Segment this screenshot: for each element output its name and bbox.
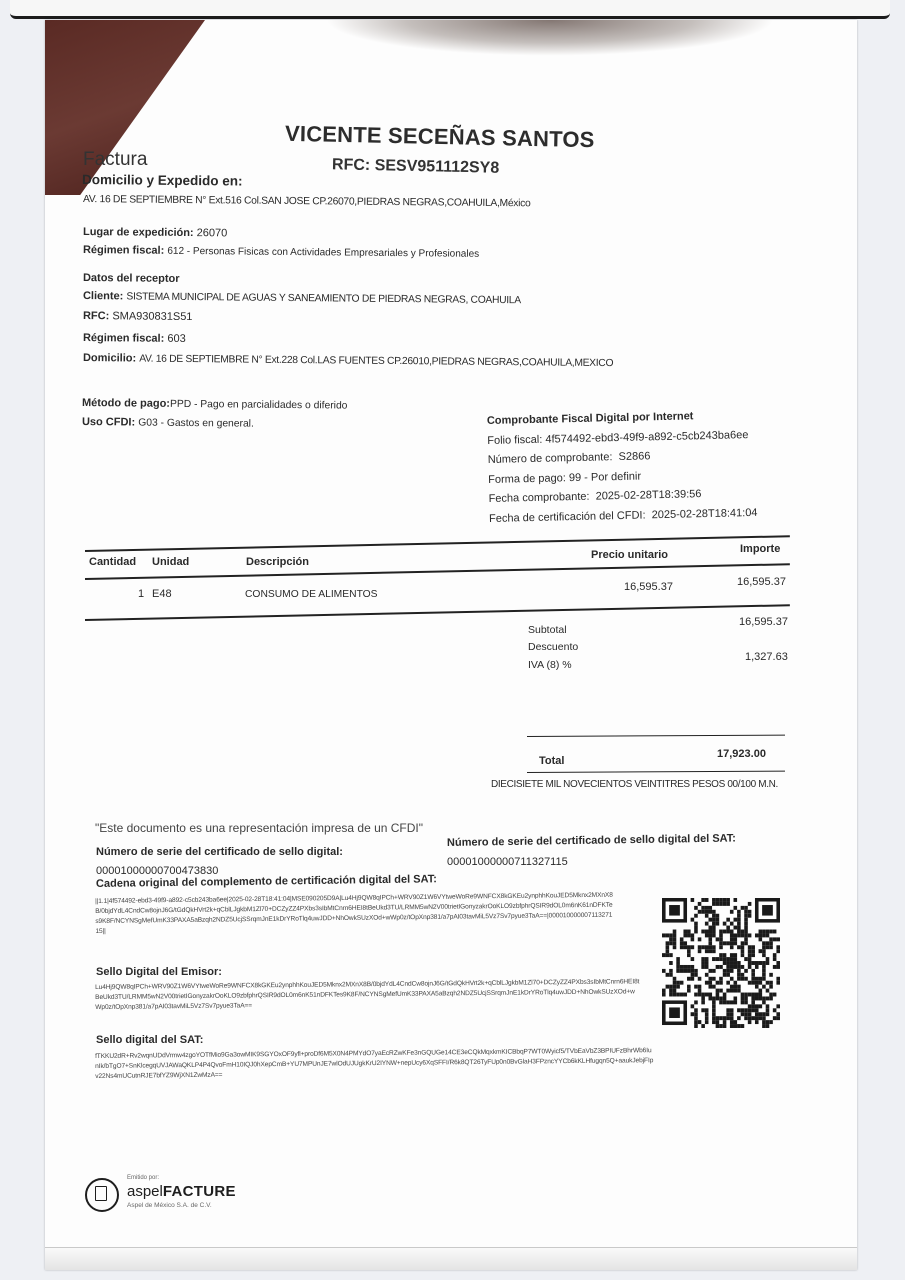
sello-emisor-text: Lu4Hj9QW8qIPCh+WRV90Z1W6VYtweWoRe9WNFCX8…	[95, 977, 640, 1013]
col-importe: Importe	[740, 543, 780, 555]
sello-emisor-label: Sello Digital del Emisor:	[96, 966, 222, 978]
brand-name: aspelFACTURE	[127, 1183, 236, 1200]
page-bottom-edge	[45, 1247, 857, 1270]
total-top-rule	[527, 735, 785, 738]
total-in-words: DIECISIETE MIL NOVECIENTOS VEINTITRES PE…	[491, 779, 778, 790]
cfdi-representation-note: "Este documento es una representación im…	[95, 821, 423, 835]
row-precio: 16,595.37	[624, 581, 673, 593]
document-icon	[95, 1186, 107, 1201]
descuento-label: Descuento	[528, 641, 578, 653]
lugar-expedicion: Lugar de expedición: 26070	[83, 226, 227, 239]
sello-sat-text: fTKKU2dR+Rv2wqnUDdVrmw4zgoYOTfMio9Ga3owM…	[95, 1046, 655, 1082]
serie-sat-value: 00001000000711327115	[447, 856, 568, 868]
emisor-name: VICENTE SECEÑAS SANTOS	[285, 121, 595, 153]
row-cantidad: 1	[138, 588, 144, 600]
emisor-rfc: RFC: SESV951112SY8	[332, 156, 500, 177]
row-descripcion: CONSUMO DE ALIMENTOS	[245, 589, 378, 600]
total-label: Total	[539, 755, 564, 767]
col-descripcion: Descripción	[246, 556, 309, 568]
subtotal-label: Subtotal	[528, 624, 567, 636]
total-bottom-rule	[527, 771, 785, 774]
subtotal-value: 16,595.37	[739, 616, 788, 628]
iva-value: 1,327.63	[745, 651, 788, 663]
table-top-rule	[85, 535, 790, 551]
col-unidad: Unidad	[152, 556, 189, 568]
emisor-rfc-value: SESV951112SY8	[375, 157, 500, 177]
cfdi-info: Comprobante Fiscal Digital por Internet …	[487, 406, 758, 529]
aspel-facture-logo: Emitido por: aspelFACTURE Aspel de Méxic…	[85, 1175, 265, 1215]
receptor-section-label: Datos del receptor	[83, 272, 180, 285]
metodo-pago: Método de pago:PPD - Pago en parcialidad…	[82, 397, 348, 412]
fold-shadow	[325, 20, 775, 56]
row-unidad: E48	[152, 588, 172, 600]
emisor-domicilio: AV. 16 DE SEPTIEMBRE N° Ext.516 Col.SAN …	[83, 194, 531, 209]
receptor-regimen: Régimen fiscal: 603	[83, 332, 186, 345]
iva-label: IVA (8) %	[528, 659, 572, 671]
brand-company: Aspel de México S.A. de C.V.	[127, 1202, 212, 1209]
qr-code	[662, 898, 780, 1028]
col-cantidad: Cantidad	[89, 556, 136, 568]
table-bottom-rule	[85, 604, 790, 620]
invoice-page: VICENTE SECEÑAS SANTOS RFC: SESV951112SY…	[45, 20, 857, 1270]
serie-sat-label: Número de serie del certificado de sello…	[447, 832, 736, 849]
row-importe: 16,595.37	[737, 576, 786, 588]
emisor-regimen: Régimen fiscal: 612 - Personas Fisicas c…	[83, 244, 479, 260]
emisor-domicilio-label: Domicilio y Expedido en:	[82, 172, 243, 189]
receptor-domicilio: Domicilio: AV. 16 DE SEPTIEMBRE N° Ext.2…	[83, 352, 613, 369]
uso-cfdi: Uso CFDI: G03 - Gastos en general.	[82, 416, 254, 430]
emisor-rfc-label: RFC:	[332, 156, 371, 174]
table-header-rule	[85, 563, 790, 579]
serie-emisor-value: 00001000000700473830	[96, 865, 218, 877]
background-sheet-edge	[10, 0, 890, 19]
document-type-title: Factura	[83, 149, 147, 171]
serie-emisor-label: Número de serie del certificado de sello…	[96, 846, 343, 858]
cadena-original-text: ||1.1|4f574492-ebd3-49f9-a892-c5cb243ba6…	[95, 891, 615, 937]
emitido-por: Emitido por:	[127, 1175, 159, 1181]
receptor-rfc: RFC: SMA930831S51	[83, 310, 193, 323]
col-precio: Precio unitario	[591, 549, 668, 561]
sello-sat-label: Sello digital del SAT:	[96, 1034, 203, 1046]
receptor-cliente: Cliente: SISTEMA MUNICIPAL DE AGUAS Y SA…	[83, 290, 521, 306]
total-value: 17,923.00	[717, 748, 766, 760]
